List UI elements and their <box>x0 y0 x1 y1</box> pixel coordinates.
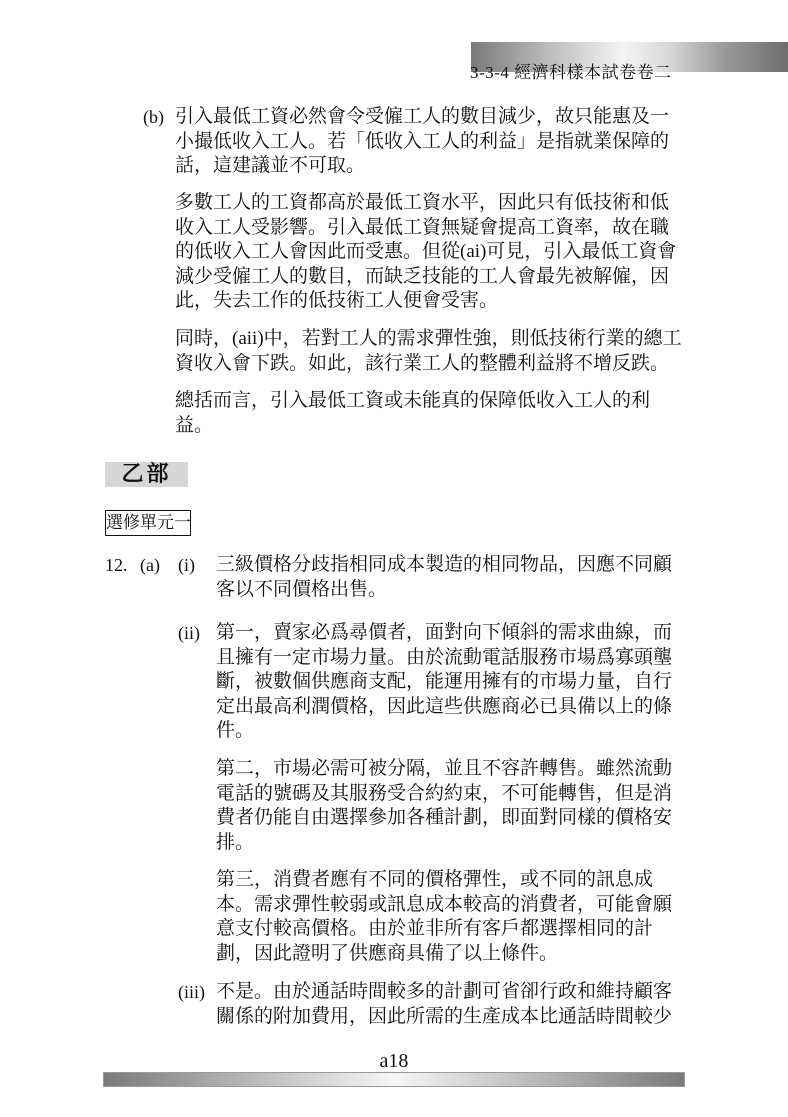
answer-b: 引入最低工資必然會令受僱工人的數目減少，故只能惠及一 小撮低收入工人。若「低收入… <box>175 105 695 179</box>
answer-b-paragraph-4: 總括而言，引入最低工資或未能真的保障低收入工人的利 益。 <box>175 389 695 438</box>
item-label-ii: (ii) <box>178 621 200 646</box>
answer-b-paragraph-3: 同時，(aii)中，若對工人的需求彈性強，則低技術行業的總工 資收入會下跌。如此… <box>175 327 695 376</box>
item-label-b: (b) <box>143 105 164 130</box>
answer-b-paragraph-2: 多數工人的工資都高於最低工資水平，因此只有低技術和低 收入工人受影響。引入最低工… <box>175 191 695 314</box>
item-label-iii: (iii) <box>178 980 205 1005</box>
paragraph: 引入最低工資必然會令受僱工人的數目減少，故只能惠及一 小撮低收入工人。若「低收入… <box>175 105 695 179</box>
answer-12a-ii-second: 第二，市場必需可被分隔，並且不容許轉售。雖然流動 電話的號碼及其服務受合約約束，… <box>216 757 696 855</box>
answer-12a-ii-third: 第三，消費者應有不同的價格彈性，或不同的訊息成 本。需求彈性較弱或訊息成本較高的… <box>216 868 696 966</box>
footer-gradient-bar <box>103 1072 685 1087</box>
elective-module-label: 選修單元一 <box>105 510 191 536</box>
answer-12a-ii-first: 第一，賣家必爲尋價者，面對向下傾斜的需求曲線，而 且擁有一定市場力量。由於流動電… <box>216 621 696 744</box>
question-number: 12. <box>105 553 128 578</box>
section-b-heading: 乙部 <box>105 462 188 487</box>
page-number: a18 <box>0 1050 788 1073</box>
answer-12a-iii: 不是。由於通話時間較多的計劃可省卻行政和維持顧客 關係的附加費用，因此所需的生產… <box>216 980 696 1029</box>
running-header-title: 3-3-4 經濟科樣本試卷卷二 <box>470 58 672 83</box>
question-part-a: (a) <box>140 553 160 578</box>
item-label-i: (i) <box>178 553 195 578</box>
answer-12a-i: 三級價格分歧指相同成本製造的相同物品，因應不同顧 客以不同價格出售。 <box>216 553 696 602</box>
